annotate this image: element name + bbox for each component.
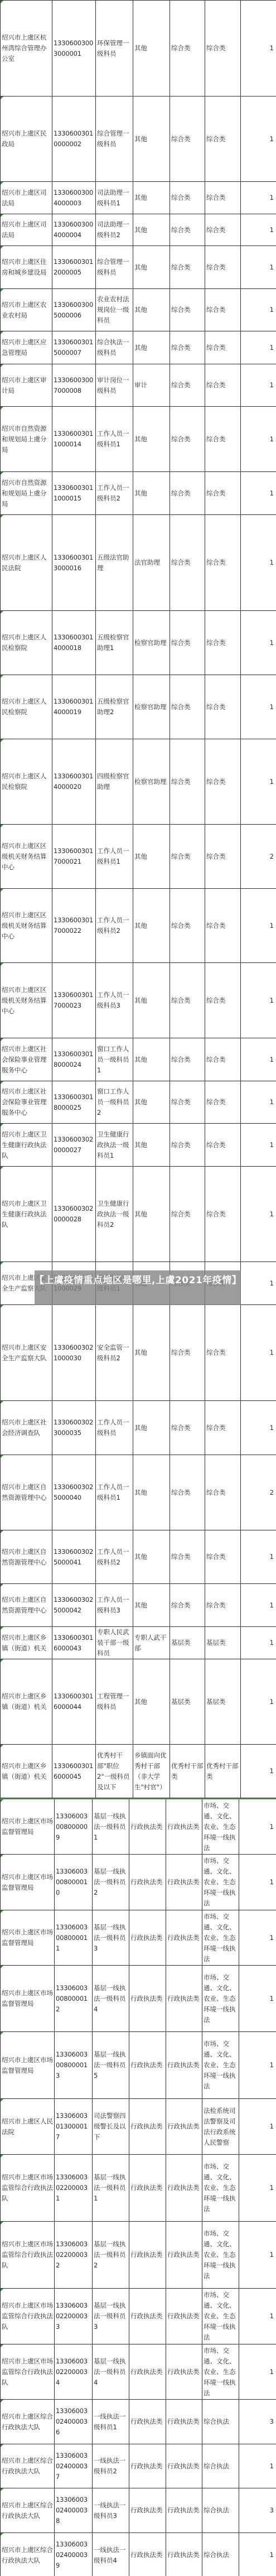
- position-name-cell: 工作人员一级科员3: [96, 1584, 133, 1627]
- table-row: 绍兴市上虞区人民检察院13306003014000018五级检察官助理1检察官助…: [1, 611, 276, 675]
- position-name-cell: 一线执法一级科员1: [93, 2400, 129, 2444]
- exam-category-cell: 综合类: [170, 889, 205, 963]
- employer-cell: 绍兴市上虞区综合行政执法大队: [1, 2444, 55, 2488]
- exam-category-cell: 行政执法类: [166, 1966, 202, 2032]
- employer-cell: 绍兴市上虞区安全生产监察大队: [1, 1305, 52, 1401]
- employer-cell: 绍兴市上虞区市场监管综合行政执法队: [1, 2289, 55, 2344]
- hiring-count-cell: 1: [241, 246, 276, 289]
- table-row: 绍兴市上虞区社会保险事业管理服务中心13306003018000024窗口工作人…: [1, 1038, 276, 1081]
- position-type-cell: 其他: [133, 889, 170, 963]
- position-name-cell: 五级检察官助理2: [96, 675, 133, 739]
- position-type-cell: 行政执法类: [129, 2533, 166, 2576]
- position-code-cell: 13306003025000040: [52, 1455, 96, 1530]
- exam-subcategory-cell: 综合执法: [202, 2488, 239, 2533]
- table-row: 绍兴市上虞区综合行政执法大队13306003024000036一线执法一级科员1…: [1, 2400, 276, 2444]
- exam-subcategory-cell: 综合类: [205, 214, 241, 246]
- exam-subcategory-cell: 综合类: [205, 1167, 241, 1262]
- position-type-cell: 检察官助理: [133, 739, 170, 825]
- position-type-cell: 乡镇面向优秀村干部（非大学生"村官"）: [133, 1745, 170, 1798]
- table-row: 绍兴市上虞区自然资源管理中心13306003025000041工作人员一级科员2…: [1, 1530, 276, 1584]
- exam-subcategory-cell: 优秀村干部类: [205, 1745, 241, 1798]
- position-name-cell: 司法助理一级科员2: [96, 214, 133, 246]
- employer-cell: 绍兴市上虞区市场监督管理局: [1, 1855, 55, 1910]
- hiring-count-cell: 1: [241, 1659, 276, 1745]
- exam-category-cell: 综合类: [170, 1038, 205, 1081]
- hiring-count-cell: 1: [241, 1124, 276, 1167]
- hiring-count-cell: 1: [241, 1262, 276, 1305]
- exam-subcategory-cell: 市场、交通、文化、农业、生态环境一线执法: [202, 2032, 239, 2099]
- position-name-cell: 基层一线执法一级科员4: [93, 2344, 129, 2400]
- exam-category-cell: 行政执法类: [166, 2222, 202, 2289]
- exam-subcategory-cell: 基层类: [205, 1659, 241, 1745]
- position-name-cell: 安全监管一级科员2: [96, 1305, 133, 1401]
- hiring-count-cell: 1: [241, 963, 276, 1038]
- exam-subcategory-cell: 基层类: [205, 1627, 241, 1659]
- position-code-cell: 13306003020000027: [52, 1124, 96, 1167]
- employer-cell: 绍兴市上虞区人民检察院: [1, 675, 52, 739]
- hiring-count-cell: 1: [239, 2099, 276, 2155]
- employer-cell: 绍兴市上虞区人民法院: [1, 515, 52, 611]
- exam-category-cell: 行政执法类: [166, 2533, 202, 2576]
- exam-subcategory-cell: 综合类: [205, 1401, 241, 1455]
- exam-subcategory-cell: 综合类: [205, 1124, 241, 1167]
- exam-category-cell: 基层类: [170, 1627, 205, 1659]
- hiring-count-cell: 1: [241, 331, 276, 364]
- hiring-count-cell: 1: [239, 2344, 276, 2400]
- exam-category-cell: 行政执法类: [166, 2289, 202, 2344]
- position-type-cell: 行政执法类: [129, 1966, 166, 2032]
- position-type-cell: 行政执法类: [129, 1799, 166, 1855]
- hiring-count-cell: 1: [239, 1799, 276, 1855]
- position-type-cell: 其他: [133, 1167, 170, 1262]
- table-row: 绍兴市上虞区卫生健康行政执法队13306003020000027卫生健康行政执法…: [1, 1124, 276, 1167]
- hiring-count-cell: 1: [239, 2444, 276, 2488]
- hiring-count-cell: 2: [241, 1455, 276, 1530]
- employer-cell: 绍兴市自然资源和规划局上虞分局: [1, 407, 52, 472]
- position-code-cell: 13306003005000006: [52, 289, 96, 331]
- position-type-cell: 行政执法类: [129, 1910, 166, 1966]
- position-name-cell: 综合管理一级科员: [96, 246, 133, 289]
- exam-subcategory-cell: 综合类: [205, 1, 241, 97]
- position-code-cell: 13306003008000009: [55, 1799, 93, 1855]
- position-code-cell: 13306003022000033: [55, 2289, 93, 2344]
- hiring-count-cell: 1: [241, 611, 276, 675]
- position-name-cell: 基层一线执法一级科员4: [93, 1966, 129, 2032]
- employer-cell: 绍兴市上虞区区级机关财务结算中心: [1, 825, 52, 889]
- position-type-cell: 其他: [133, 97, 170, 182]
- position-name-cell: 基层一线执法一级科员3: [93, 2289, 129, 2344]
- position-name-cell: 工作人员一级科员2: [96, 889, 133, 963]
- hiring-count-cell: 1: [241, 1745, 276, 1798]
- position-type-cell: 检察官助理: [133, 611, 170, 675]
- exam-subcategory-cell: 综合类: [205, 289, 241, 331]
- employer-cell: 绍兴市上虞区自然资源管理中心: [1, 1584, 52, 1627]
- exam-category-cell: 综合类: [170, 1124, 205, 1167]
- position-type-cell: 行政执法类: [129, 1855, 166, 1910]
- position-name-cell: 四级检察官助理: [96, 739, 133, 825]
- position-code-cell: 13306003022000032: [55, 2222, 93, 2289]
- hiring-count-cell: 1: [241, 364, 276, 407]
- employer-cell: 绍兴市上虞区司法局: [1, 182, 52, 214]
- table-row: 绍兴市上虞区综合行政执法大队13306003024000037一线执法一级科员2…: [1, 2444, 276, 2488]
- exam-category-cell: 综合类: [170, 214, 205, 246]
- exam-category-cell: 综合类: [170, 1401, 205, 1455]
- exam-subcategory-cell: 市场、交通、文化、农业、生态环境一线执法: [202, 2155, 239, 2222]
- job-table-general: 绍兴市上虞区杭州湾综合管理办公室13306003003000001环保管理一级科…: [0, 0, 276, 1798]
- position-type-cell: 其他: [133, 407, 170, 472]
- exam-category-cell: 综合类: [170, 963, 205, 1038]
- position-name-cell: 一线执法一级科员3: [93, 2488, 129, 2533]
- hiring-count-cell: 1: [239, 1966, 276, 2032]
- position-code-cell: 13306003024000039: [55, 2533, 93, 2576]
- position-type-cell: 其他: [133, 825, 170, 889]
- employer-cell: 绍兴市上虞区民政局: [1, 97, 52, 182]
- position-name-cell: 基层一线执法一级科员2: [93, 1855, 129, 1910]
- position-type-cell: 行政执法类: [129, 2032, 166, 2099]
- employer-cell: 绍兴市上虞区社会保险事业管理服务中心: [1, 1038, 52, 1081]
- exam-category-cell: 综合类: [170, 1081, 205, 1124]
- position-type-cell: 行政执法类: [129, 2099, 166, 2155]
- position-type-cell: 行政执法类: [129, 2222, 166, 2289]
- exam-category-cell: 行政执法类: [166, 1799, 202, 1855]
- position-code-cell: 13306003022000031: [55, 2155, 93, 2222]
- position-type-cell: 行政执法类: [129, 2155, 166, 2222]
- employer-cell: 绍兴市上虞区卫生健康行政执法队: [1, 1167, 52, 1262]
- hiring-count-cell: 1: [241, 1584, 276, 1627]
- table-row: 绍兴市上虞区自然资源管理中心13306003025000042工作人员一级科员3…: [1, 1584, 276, 1627]
- position-name-cell: 工作人员一级科员3: [96, 963, 133, 1038]
- position-type-cell: 行政执法类: [129, 2344, 166, 2400]
- position-code-cell: 13306003024000037: [55, 2444, 93, 2488]
- table-row: 绍兴市上虞区自然资源管理中心13306003025000040工作人员一级科员1…: [1, 1455, 276, 1530]
- exam-subcategory-cell: 市场、交通、文化、农业、生态环境一线执法: [202, 1799, 239, 1855]
- hiring-count-cell: 1: [241, 289, 276, 331]
- employer-cell: 绍兴市上虞区市场监督管理局: [1, 1910, 55, 1966]
- position-type-cell: 其他: [133, 1401, 170, 1455]
- employer-cell: 绍兴市上虞区市场监管综合行政执法队: [1, 2344, 55, 2400]
- position-name-cell: 一线执法一级科员4: [93, 2533, 129, 2576]
- exam-subcategory-cell: 综合类: [205, 1584, 241, 1627]
- hiring-count-cell: 2: [241, 825, 276, 889]
- exam-subcategory-cell: 市场、交通、文化、农业、生态环境一线执法: [202, 2289, 239, 2344]
- position-code-cell: 13306003013000017: [55, 2099, 93, 2155]
- position-code-cell: 13306003016000043: [52, 1627, 96, 1659]
- hiring-count-cell: 1: [239, 2032, 276, 2099]
- position-code-cell: 13306003010000002: [52, 97, 96, 182]
- employer-cell: 绍兴市上虞区综合行政执法大队: [1, 2488, 55, 2533]
- position-code-cell: 13306003017000023: [52, 963, 96, 1038]
- hiring-count-cell: 1: [241, 1530, 276, 1584]
- hiring-count-cell: 1: [241, 1305, 276, 1401]
- exam-category-cell: 综合类: [170, 407, 205, 472]
- position-name-cell: 基层一线执法一级科员2: [93, 2222, 129, 2289]
- exam-category-cell: 综合类: [170, 1455, 205, 1530]
- exam-subcategory-cell: 综合类: [205, 1038, 241, 1081]
- hiring-count-cell: 1: [241, 97, 276, 182]
- exam-category-cell: 综合类: [170, 364, 205, 407]
- exam-subcategory-cell: 市场、交通、文化、农业、生态环境一线执法: [202, 1966, 239, 2032]
- table-row: 绍兴市上虞区审计局13306003007000008审计岗位一级科员审计综合类综…: [1, 364, 276, 407]
- exam-category-cell: 优秀村干部类: [170, 1745, 205, 1798]
- employer-cell: 绍兴市上虞区综合行政执法大队: [1, 2400, 55, 2444]
- hiring-count-cell: 3: [239, 2400, 276, 2444]
- exam-subcategory-cell: 综合类: [205, 739, 241, 825]
- hiring-count-cell: 1: [241, 1038, 276, 1081]
- position-name-cell: 工程管理一级科员: [96, 1659, 133, 1745]
- exam-subcategory-cell: 综合类: [205, 407, 241, 472]
- title-overlay-banner: 【上虞疫情重点地区是哪里,上虞2021年疫情】: [35, 1270, 241, 1305]
- table-row: 绍兴市上虞区民政局13306003010000002综合管理一级科员其他综合类综…: [1, 97, 276, 182]
- position-name-cell: 司法警察四级警长及以下: [93, 2099, 129, 2155]
- position-code-cell: 13306003004000003: [52, 182, 96, 214]
- position-type-cell: 其他: [133, 331, 170, 364]
- position-name-cell: 窗口工作人员一级科员2: [96, 1081, 133, 1124]
- position-type-cell: 行政执法类: [129, 2444, 166, 2488]
- exam-subcategory-cell: 综合类: [205, 246, 241, 289]
- exam-subcategory-cell: 综合类: [205, 611, 241, 675]
- position-type-cell: 其他: [133, 1455, 170, 1530]
- table-row: 绍兴市上虞区市场监督管理局13306003008000013基层一线执法一级科员…: [1, 2032, 276, 2099]
- employer-cell: 绍兴市上虞区自然资源管理中心: [1, 1530, 52, 1584]
- employer-cell: 绍兴市上虞区社会经济调查队: [1, 1401, 52, 1455]
- position-code-cell: 13306003023000035: [52, 1401, 96, 1455]
- position-code-cell: 13306003007000008: [52, 364, 96, 407]
- employer-cell: 绍兴市上虞区乡镇（街道）机关: [1, 1627, 52, 1659]
- job-table-law-enforcement: 绍兴市上虞区市场监督管理局13306003008000009基层一线执法一级科员…: [0, 1798, 276, 2576]
- employer-cell: 绍兴市上虞区乡镇（街道）机关: [1, 1659, 52, 1745]
- exam-category-cell: 综合类: [170, 1305, 205, 1401]
- table-row: 绍兴市自然资源和规划局上虞分局13306003011000015工作人员一级科员…: [1, 472, 276, 515]
- table-row: 绍兴市上虞区人民检察院13306003014000019五级检察官助理2检察官助…: [1, 675, 276, 739]
- exam-subcategory-cell: 综合执法: [202, 2400, 239, 2444]
- position-code-cell: 13306003011000015: [52, 472, 96, 515]
- hiring-count-cell: 1: [241, 515, 276, 611]
- exam-subcategory-cell: 综合类: [205, 472, 241, 515]
- hiring-count-cell: 1: [241, 889, 276, 963]
- position-code-cell: 13306003003000001: [52, 1, 96, 97]
- hiring-count-cell: 1: [241, 675, 276, 739]
- position-name-cell: 五级检察官助理1: [96, 611, 133, 675]
- employer-cell: 绍兴市上虞区综合行政执法大队: [1, 2533, 55, 2576]
- exam-category-cell: 行政执法类: [166, 2099, 202, 2155]
- exam-category-cell: 行政执法类: [166, 2344, 202, 2400]
- position-code-cell: 13306003016000045: [52, 1745, 96, 1798]
- position-type-cell: 其他: [133, 214, 170, 246]
- position-code-cell: 13306003021000030: [52, 1305, 96, 1401]
- exam-subcategory-cell: 综合类: [205, 515, 241, 611]
- hiring-count-cell: 1: [241, 1167, 276, 1262]
- table-row: 绍兴市上虞区乡镇（街道）机关13306003016000045优秀村干部"职位2…: [1, 1745, 276, 1798]
- position-type-cell: 其他: [133, 1081, 170, 1124]
- exam-category-cell: 基层类: [170, 1659, 205, 1745]
- position-name-cell: 优秀村干部"职位2"一级科员及以下: [96, 1745, 133, 1798]
- employer-cell: 绍兴市上虞区人民检察院: [1, 739, 52, 825]
- employer-cell: 绍兴市上虞区自然资源管理中心: [1, 1455, 52, 1530]
- exam-category-cell: 综合类: [170, 246, 205, 289]
- hiring-count-cell: 1: [241, 1081, 276, 1124]
- position-code-cell: 13306003025000041: [52, 1530, 96, 1584]
- position-name-cell: 农业农村法规岗位一级科员: [96, 289, 133, 331]
- position-type-cell: 检察官助理: [133, 675, 170, 739]
- position-type-cell: 其他: [133, 289, 170, 331]
- position-name-cell: 专职人民武装干部一级科员: [96, 1627, 133, 1659]
- employer-cell: 绍兴市上虞区市场监督管理局: [1, 2032, 55, 2099]
- exam-subcategory-cell: 综合类: [205, 1530, 241, 1584]
- position-code-cell: 13306003012000005: [52, 246, 96, 289]
- position-type-cell: 其他: [133, 1, 170, 97]
- table-row: 绍兴市自然资源和规划局上虞分局13306003011000014工作人员一级科员…: [1, 407, 276, 472]
- employer-cell: 绍兴市上虞区人民检察院: [1, 611, 52, 675]
- hiring-count-cell: 1: [241, 1, 276, 97]
- employer-cell: 绍兴市自然资源和规划局上虞分局: [1, 472, 52, 515]
- exam-subcategory-cell: 市场、交通、文化、农业、生态环境一线执法: [202, 1910, 239, 1966]
- employer-cell: 绍兴市上虞区市场监管综合行政执法队: [1, 2155, 55, 2222]
- position-name-cell: 窗口工作人员一级科员1: [96, 1038, 133, 1081]
- position-type-cell: 专职人武干部: [133, 1627, 170, 1659]
- exam-category-cell: 行政执法类: [166, 2032, 202, 2099]
- exam-category-cell: 综合类: [170, 97, 205, 182]
- hiring-count-cell: 1: [241, 1627, 276, 1659]
- position-code-cell: 13306003008000010: [55, 1855, 93, 1910]
- table-row: 绍兴市上虞区住房和城乡建设局13306003012000005综合管理一级科员其…: [1, 246, 276, 289]
- position-type-cell: 其他: [133, 1038, 170, 1081]
- position-type-cell: 其他: [133, 963, 170, 1038]
- employer-cell: 绍兴市上虞区农业农村局: [1, 289, 52, 331]
- exam-category-cell: 行政执法类: [166, 2488, 202, 2533]
- position-code-cell: 13306003022000034: [55, 2344, 93, 2400]
- table-row: 绍兴市上虞区人民法院13306003013000017司法警察四级警长及以下行政…: [1, 2099, 276, 2155]
- position-name-cell: 工作人员一级科员2: [96, 1530, 133, 1584]
- hiring-count-cell: 1: [239, 1855, 276, 1910]
- employer-cell: 绍兴市上虞区市场监督管理局: [1, 1799, 55, 1855]
- exam-category-cell: 综合类: [170, 1530, 205, 1584]
- hiring-count-cell: 1: [239, 1910, 276, 1966]
- position-type-cell: 其他: [133, 1659, 170, 1745]
- table-row: 绍兴市上虞区乡镇（街道）机关13306003016000044工程管理一级科员其…: [1, 1659, 276, 1745]
- position-type-cell: 其他: [133, 1305, 170, 1401]
- exam-category-cell: 综合类: [170, 289, 205, 331]
- exam-category-cell: 综合类: [170, 1584, 205, 1627]
- position-code-cell: 13306003017000021: [52, 825, 96, 889]
- exam-category-cell: 综合类: [170, 1, 205, 97]
- table-row: 绍兴市上虞区市场监督管理局13306003008000009基层一线执法一级科员…: [1, 1799, 276, 1855]
- position-code-cell: 13306003008000013: [55, 2032, 93, 2099]
- hiring-count-cell: 1: [241, 214, 276, 246]
- position-name-cell: 基层一线执法一级科员5: [93, 2032, 129, 2099]
- exam-category-cell: 综合类: [170, 739, 205, 825]
- table-row: 绍兴市上虞区区级机关财务结算中心13306003017000021工作人员一级科…: [1, 825, 276, 889]
- position-type-cell: 其他: [133, 246, 170, 289]
- table-row: 绍兴市上虞区应急管理局13306003015000007综合执法一级科员其他综合…: [1, 331, 276, 364]
- position-name-cell: 工作人员一级科员1: [96, 825, 133, 889]
- exam-category-cell: 行政执法类: [166, 2444, 202, 2488]
- table-row: 绍兴市上虞区市场监管综合行政执法队13306003022000032基层一线执法…: [1, 2222, 276, 2289]
- table-row: 绍兴市上虞区综合行政执法大队13306003024000039一线执法一级科员4…: [1, 2533, 276, 2576]
- table-row: 绍兴市上虞区市场监督管理局13306003008000012基层一线执法一级科员…: [1, 1966, 276, 2032]
- employer-cell: 绍兴市上虞区应急管理局: [1, 331, 52, 364]
- exam-subcategory-cell: 综合类: [205, 182, 241, 214]
- hiring-count-cell: 1: [241, 472, 276, 515]
- position-code-cell: 13306003014000018: [52, 611, 96, 675]
- hiring-count-cell: 1: [239, 2222, 276, 2289]
- table-row: 绍兴市上虞区人民法院13306003013000016五级法官助理法官助理综合类…: [1, 515, 276, 611]
- exam-subcategory-cell: 综合类: [205, 889, 241, 963]
- table-row: 绍兴市上虞区农业农村局13306003005000006农业农村法规岗位一级科员…: [1, 289, 276, 331]
- position-code-cell: 13306003008000012: [55, 1966, 93, 2032]
- position-name-cell: 司法助理一级科员1: [96, 182, 133, 214]
- table-row: 绍兴市上虞区乡镇（街道）机关13306003016000043专职人民武装干部一…: [1, 1627, 276, 1659]
- position-code-cell: 13306003004000004: [52, 214, 96, 246]
- table-row: 绍兴市上虞区区级机关财务结算中心13306003017000023工作人员一级科…: [1, 963, 276, 1038]
- position-name-cell: 审计岗位一级科员: [96, 364, 133, 407]
- table-row: 绍兴市上虞区卫生健康行政执法队13306003020000028卫生健康行政执法…: [1, 1167, 276, 1262]
- employer-cell: 绍兴市上虞区人民法院: [1, 2099, 55, 2155]
- exam-subcategory-cell: 综合类: [205, 97, 241, 182]
- exam-subcategory-cell: 市场、交通、文化、农业、生态环境一线执法: [202, 1855, 239, 1910]
- exam-subcategory-cell: 综合类: [205, 675, 241, 739]
- position-name-cell: 卫生健康行政执法一级科员2: [96, 1167, 133, 1262]
- table-row: 绍兴市上虞区市场监管综合行政执法队13306003022000031基层一线执法…: [1, 2155, 276, 2222]
- position-code-cell: 13306003018000024: [52, 1038, 96, 1081]
- employer-cell: 绍兴市上虞区区级机关财务结算中心: [1, 889, 52, 963]
- position-code-cell: 13306003015000007: [52, 331, 96, 364]
- exam-subcategory-cell: 综合类: [205, 1305, 241, 1401]
- exam-subcategory-cell: 综合执法: [202, 2444, 239, 2488]
- table-row: 绍兴市上虞区杭州湾综合管理办公室13306003003000001环保管理一级科…: [1, 1, 276, 97]
- exam-category-cell: 综合类: [170, 331, 205, 364]
- position-name-cell: 工作人员一级科员: [96, 1401, 133, 1455]
- hiring-count-cell: 1: [241, 182, 276, 214]
- exam-subcategory-cell: 综合类: [205, 825, 241, 889]
- hiring-count-cell: 3: [239, 2488, 276, 2533]
- employer-cell: 绍兴市上虞区司法局: [1, 214, 52, 246]
- position-type-cell: 行政执法类: [129, 2400, 166, 2444]
- position-name-cell: 综合管理一级科员: [96, 97, 133, 182]
- table-row: 绍兴市上虞区综合行政执法大队13306003024000038一线执法一级科员3…: [1, 2488, 276, 2533]
- position-name-cell: 基层一线执法一级科员1: [93, 1799, 129, 1855]
- hiring-count-cell: 1: [241, 739, 276, 825]
- position-code-cell: 13306003014000019: [52, 675, 96, 739]
- table-row: 绍兴市上虞区司法局13306003004000003司法助理一级科员1其他综合类…: [1, 182, 276, 214]
- table-row: 绍兴市上虞区市场监管综合行政执法队13306003022000034基层一线执法…: [1, 2344, 276, 2400]
- employer-cell: 绍兴市上虞区市场监管综合行政执法队: [1, 2222, 55, 2289]
- employer-cell: 绍兴市上虞区住房和城乡建设局: [1, 246, 52, 289]
- exam-subcategory-cell: 综合类: [205, 331, 241, 364]
- position-code-cell: 13306003024000038: [55, 2488, 93, 2533]
- position-name-cell: 综合执法一级科员: [96, 331, 133, 364]
- position-code-cell: 13306003024000036: [55, 2400, 93, 2444]
- table-row: 绍兴市上虞区市场监督管理局13306003008000010基层一线执法一级科员…: [1, 1855, 276, 1910]
- employer-cell: 绍兴市上虞区社会保险事业管理服务中心: [1, 1081, 52, 1124]
- exam-subcategory-cell: 综合类: [205, 963, 241, 1038]
- exam-category-cell: 综合类: [170, 611, 205, 675]
- position-type-cell: 其他: [133, 1530, 170, 1584]
- position-code-cell: 13306003018000025: [52, 1081, 96, 1124]
- table-row: 绍兴市上虞区司法局13306003004000004司法助理一级科员2其他综合类…: [1, 214, 276, 246]
- position-type-cell: 其他: [133, 182, 170, 214]
- position-name-cell: 卫生健康行政执法一级科员1: [96, 1124, 133, 1167]
- position-type-cell: 行政执法类: [129, 2488, 166, 2533]
- exam-subcategory-cell: 综合类: [205, 1455, 241, 1530]
- exam-category-cell: 综合类: [170, 515, 205, 611]
- table-row: 绍兴市上虞区市场监督管理局13306003008000011基层一线执法一级科员…: [1, 1910, 276, 1966]
- position-code-cell: 13306003025000042: [52, 1584, 96, 1627]
- position-name-cell: 五级法官助理: [96, 515, 133, 611]
- position-code-cell: 13306003008000011: [55, 1910, 93, 1966]
- position-code-cell: 13306003017000022: [52, 889, 96, 963]
- employer-cell: 绍兴市上虞区市场监督管理局: [1, 1966, 55, 2032]
- position-type-cell: 行政执法类: [129, 2289, 166, 2344]
